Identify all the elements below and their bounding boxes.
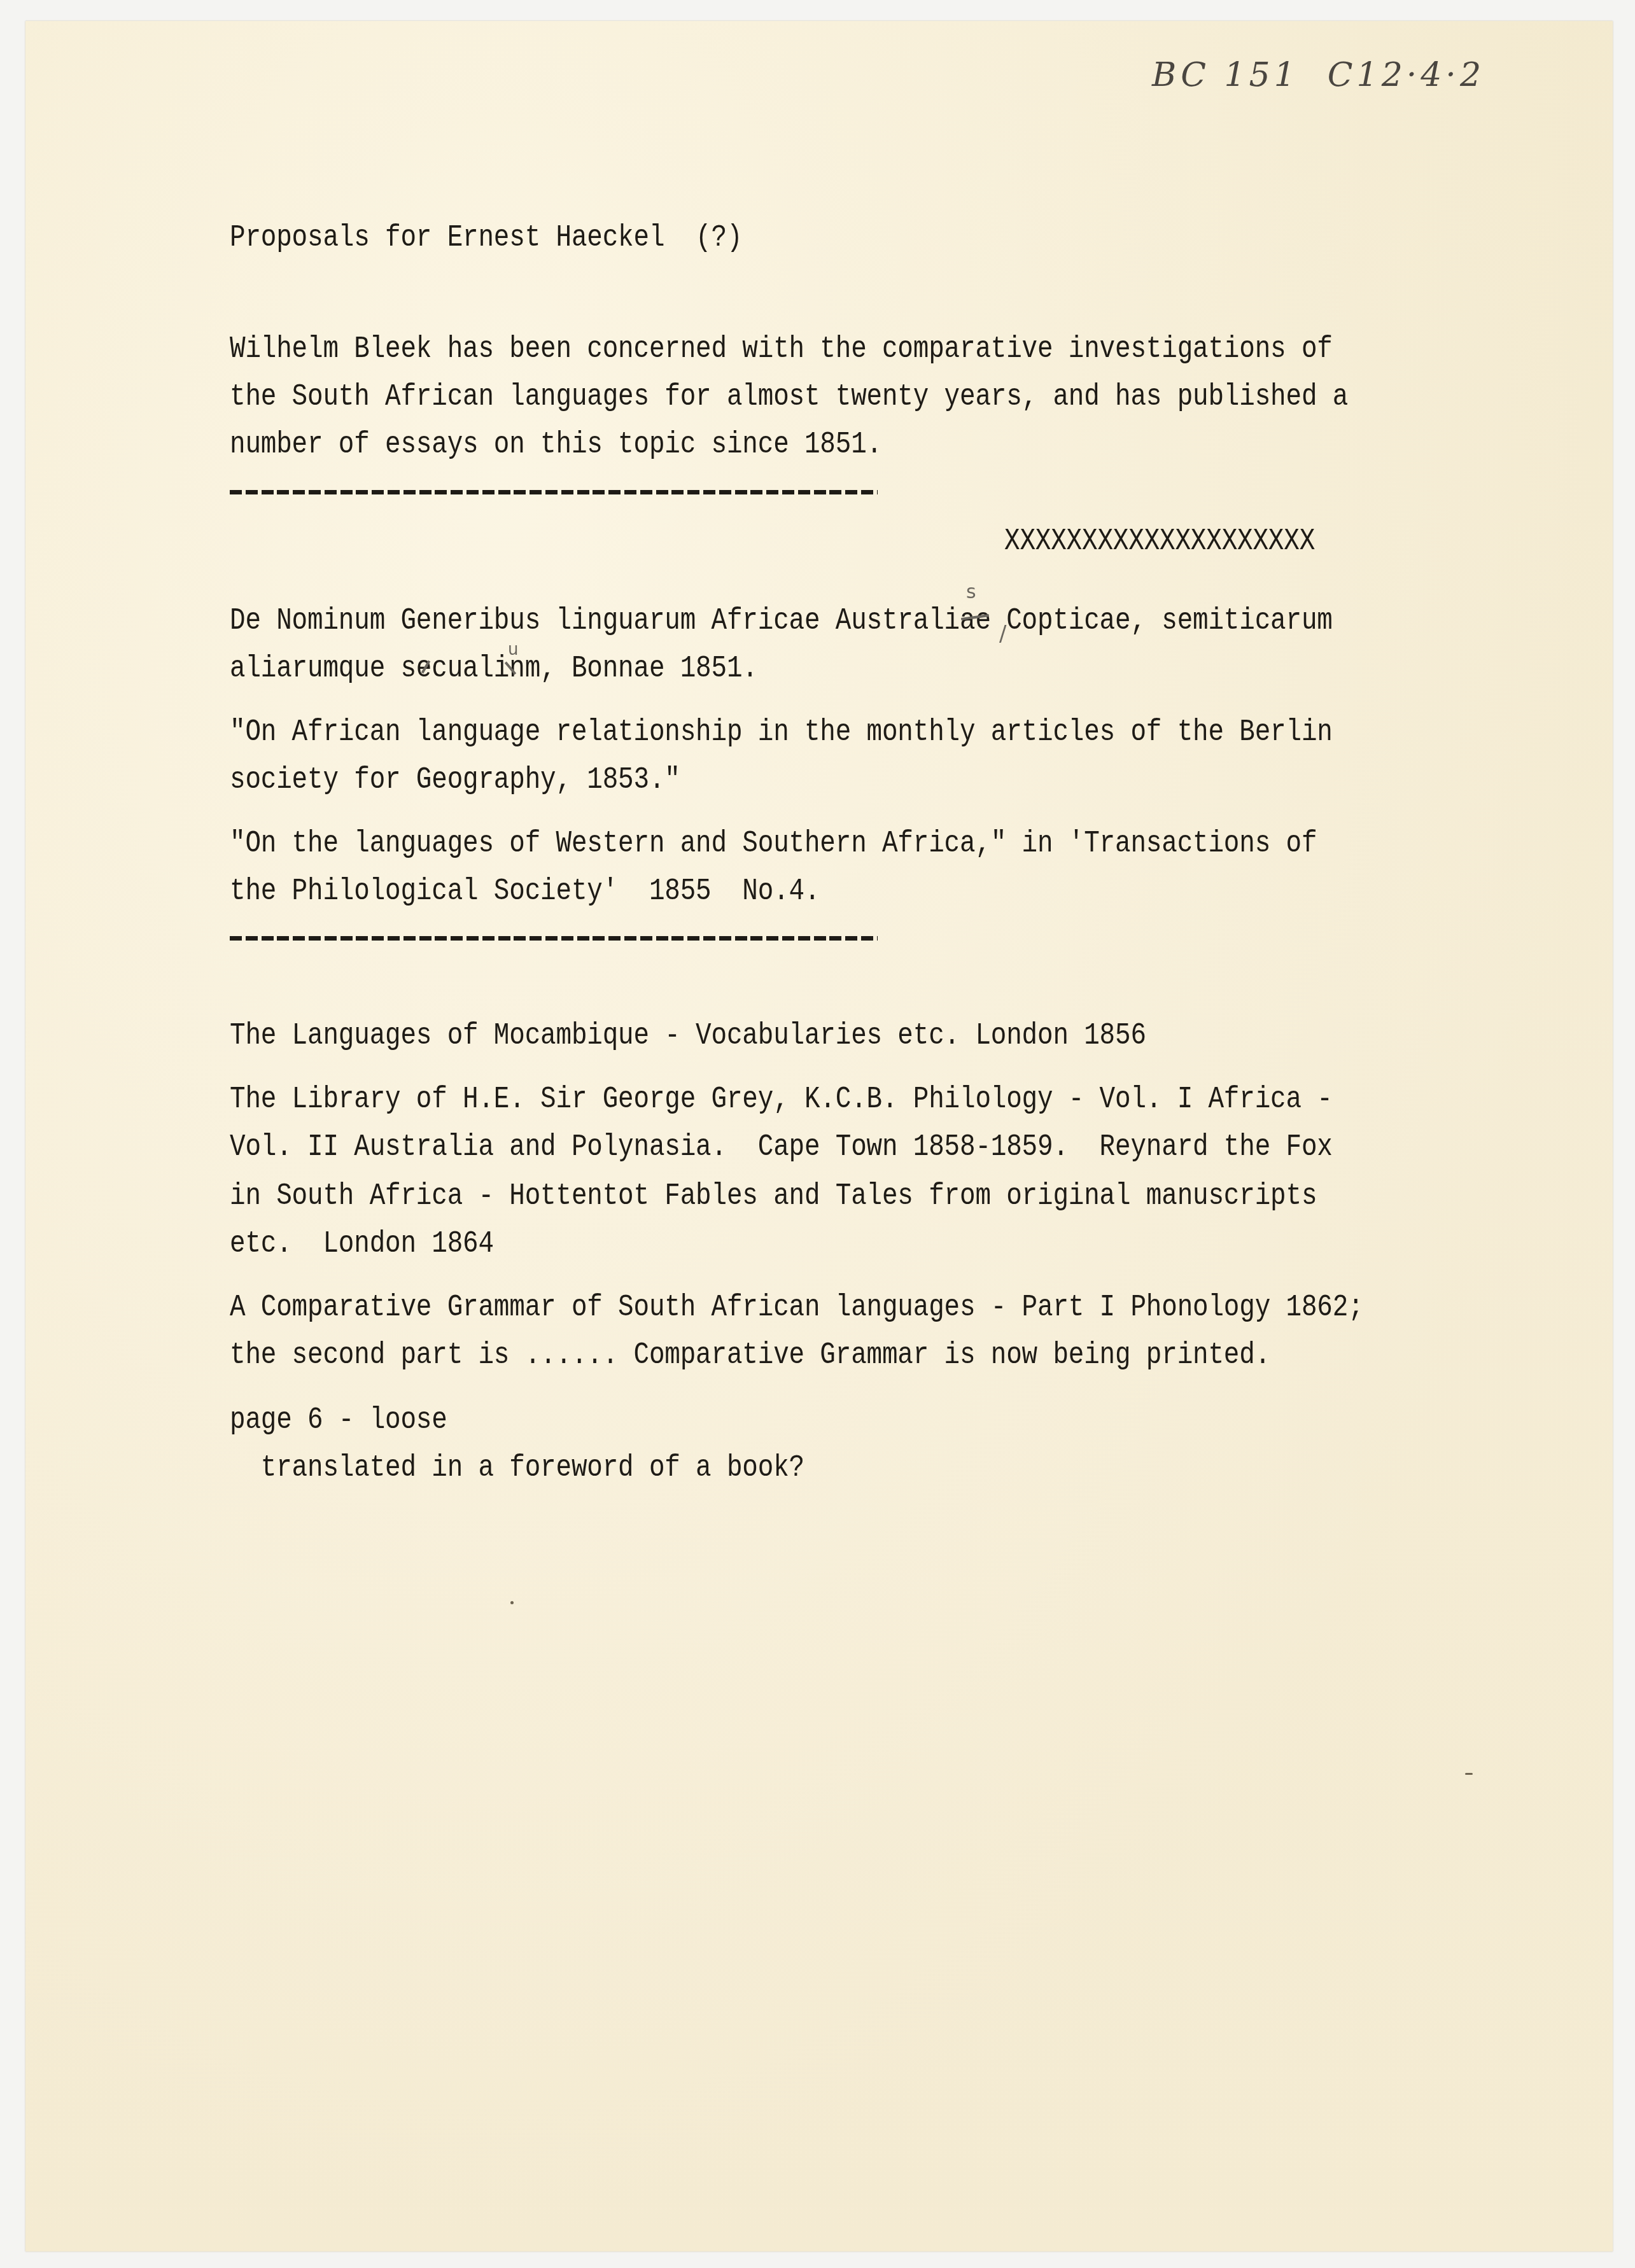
work-entry-line: De Nominum Generibus linguarum Africae A… <box>230 603 1333 640</box>
work-entry-line: the Philological Society' 1855 No.4. <box>230 873 820 911</box>
intro-line: the South African languages for almost t… <box>230 379 1348 416</box>
paper-speck <box>1465 1773 1473 1775</box>
note-line: translated in a foreword of a book? <box>230 1450 804 1487</box>
work-entry-line: in South Africa - Hottentot Fables and T… <box>230 1178 1317 1215</box>
pencil-correction-u: u <box>508 640 518 659</box>
intro-line: number of essays on this topic since 185… <box>230 426 882 464</box>
pencil-comma-insert: / <box>999 621 1006 647</box>
work-entry-line: society for Geography, 1853." <box>230 762 680 799</box>
work-entry-line: The Library of H.E. Sir George Grey, K.C… <box>230 1081 1333 1119</box>
x-line: XXXXXXXXXXXXXXXXXXXX <box>1004 523 1315 561</box>
dashed-separator <box>230 936 878 941</box>
work-entry-line: A Comparative Grammar of South African l… <box>230 1289 1364 1327</box>
intro-line: Wilhelm Bleek has been concerned with th… <box>230 331 1333 368</box>
archive-reference: BC 151 C12·4·2 <box>1152 56 1485 94</box>
work-entry-line: Vol. II Australia and Polynasia. Cape To… <box>230 1129 1333 1166</box>
document-title: Proposals for Ernest Haeckel (?) <box>230 220 742 257</box>
document-page: BC 151 C12·4·2 Proposals for Ernest Haec… <box>25 21 1613 2251</box>
work-entry-line: etc. London 1864 <box>230 1226 494 1263</box>
dashed-separator <box>230 490 878 494</box>
pencil-correction-s: s <box>966 581 976 603</box>
work-entry-line: aliarumque secualinm, Bonnae 1851. <box>230 650 758 688</box>
work-entry-line: "On the languages of Western and Souther… <box>230 825 1317 863</box>
paper-speck <box>510 1601 514 1604</box>
work-entry-line: "On African language relationship in the… <box>230 714 1333 752</box>
work-entry-line: the second part is ...... Comparative Gr… <box>230 1337 1270 1375</box>
work-entry-line: The Languages of Mocambique - Vocabulari… <box>230 1018 1146 1055</box>
note-line: page 6 - loose <box>230 1402 447 1439</box>
